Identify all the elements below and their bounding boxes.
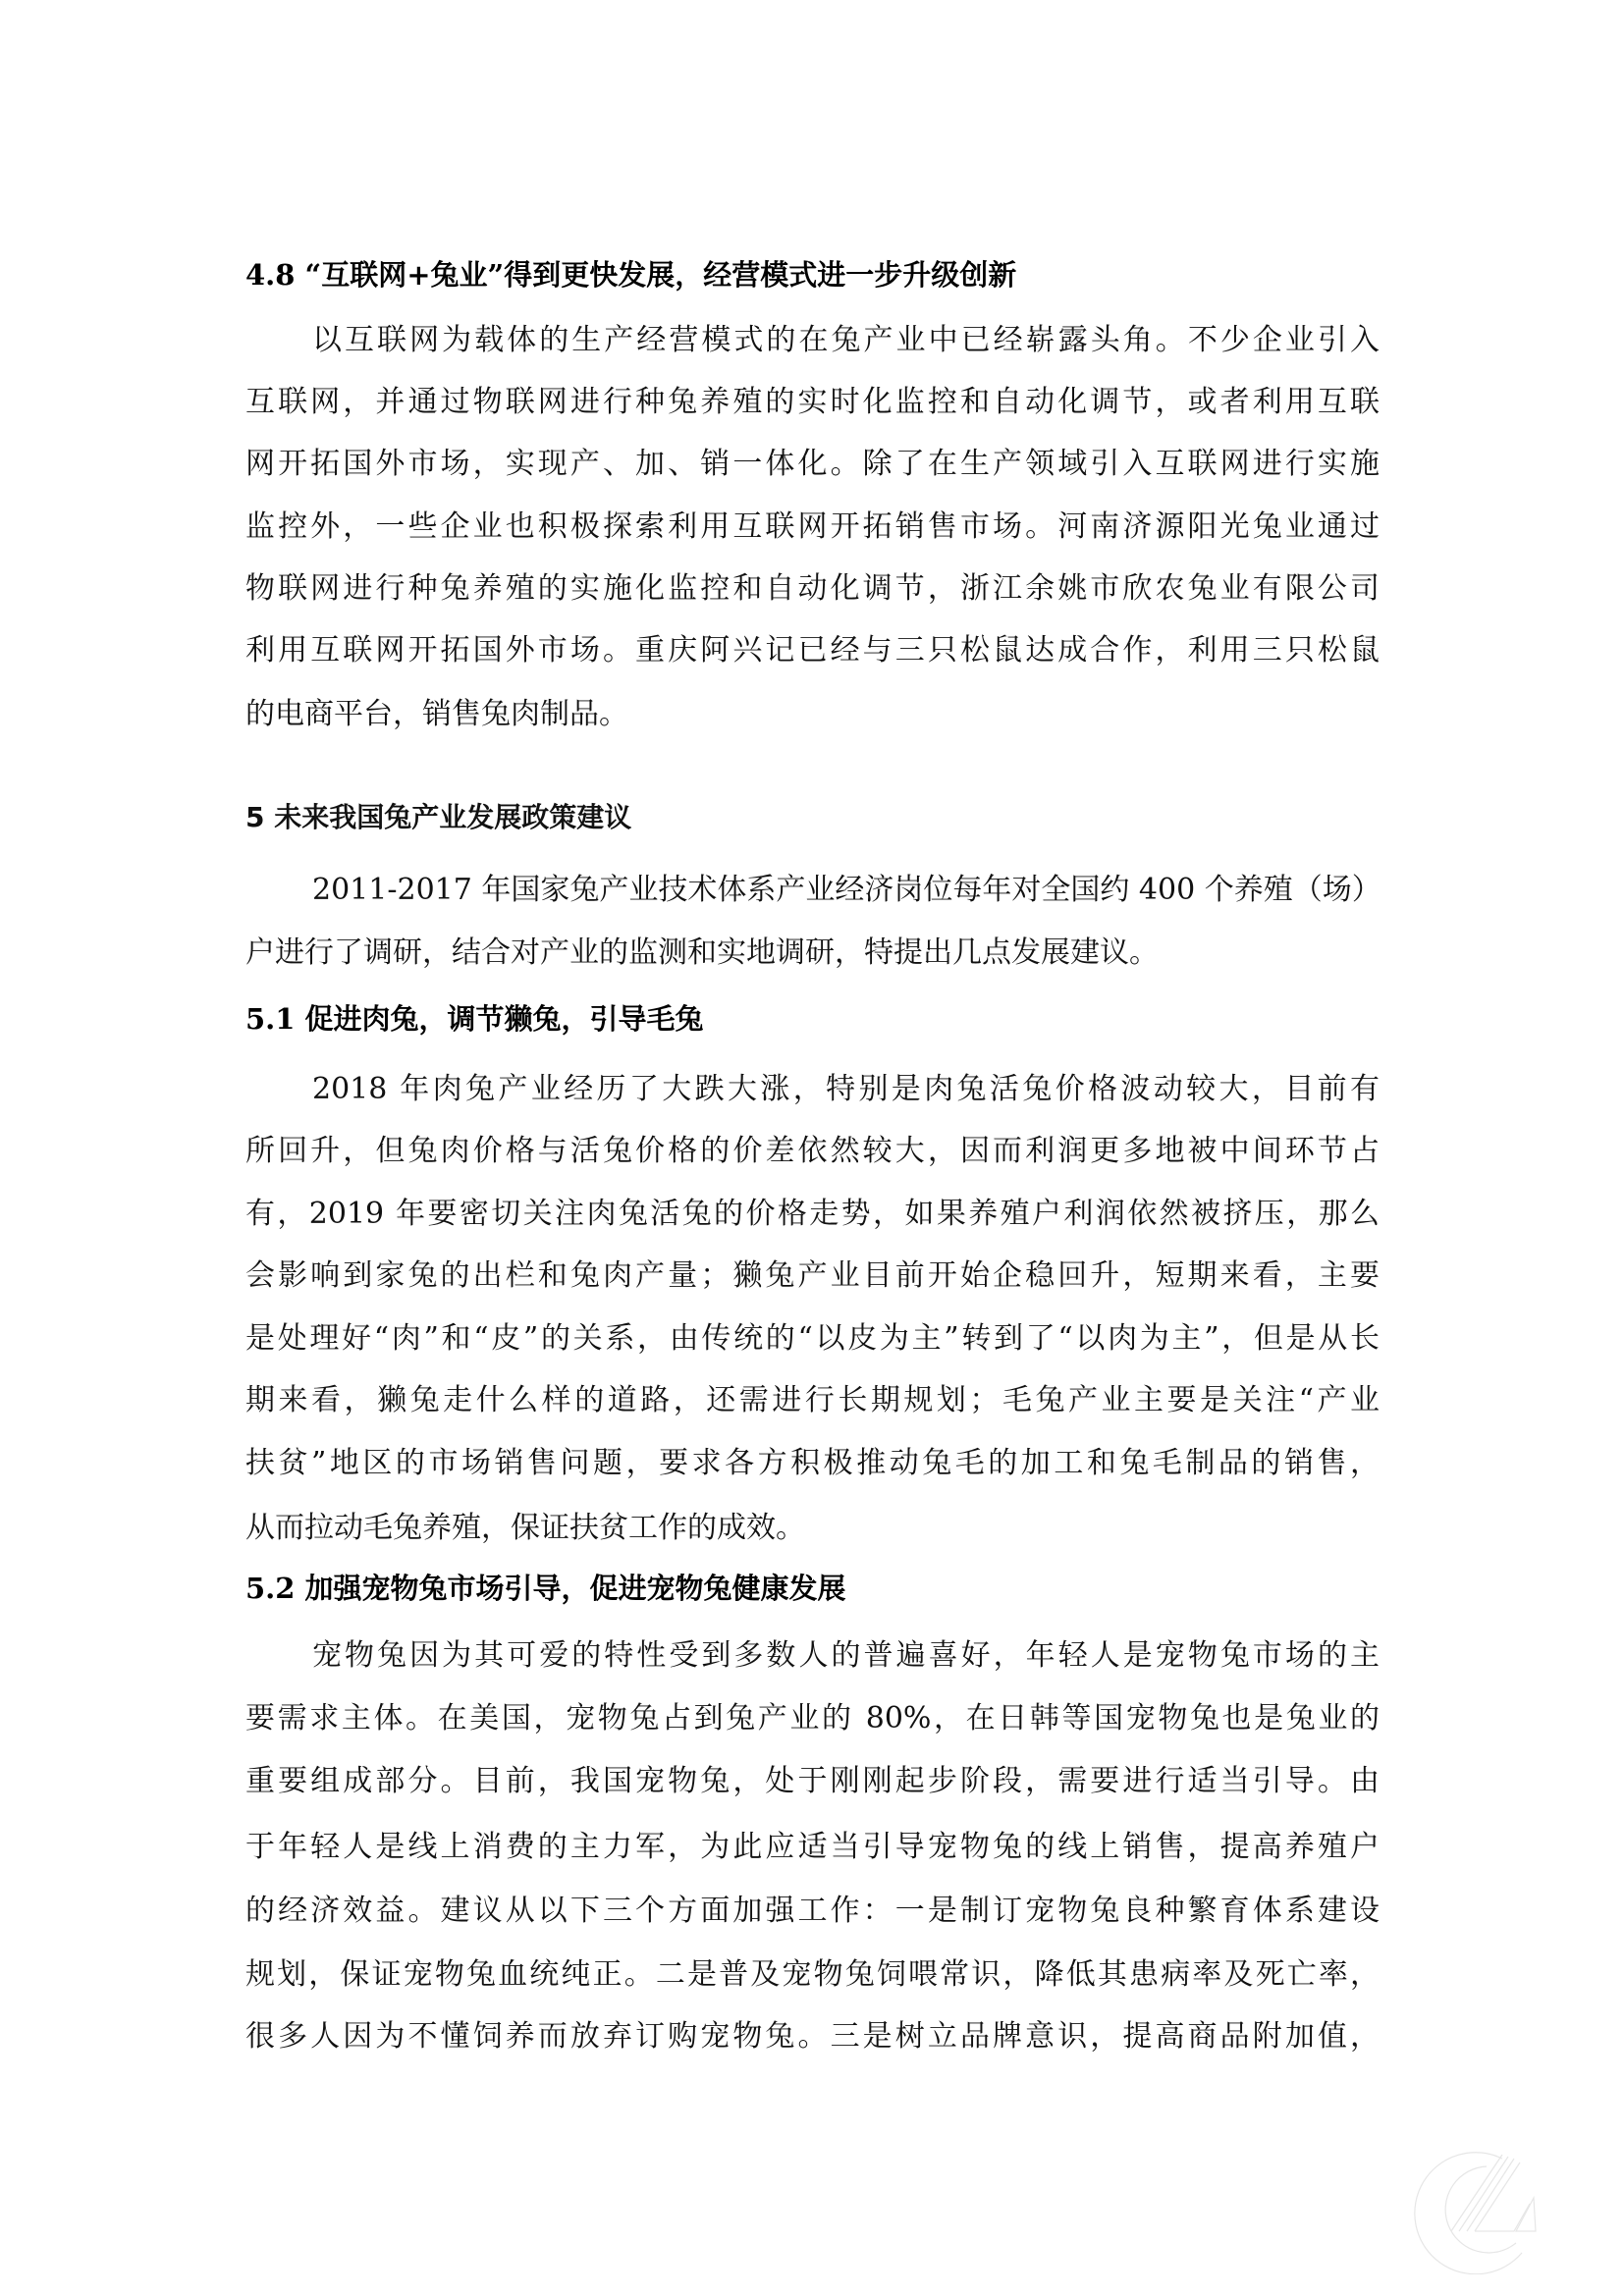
paragraph-line: 重要组成部分。目前，我国宠物兔，处于刚刚起步阶段，需要进行适当引导。由 xyxy=(245,1762,1380,1801)
paragraph-line: 2011-2017 年国家兔产业技术体系产业经济岗位每年对全国约 400 个养殖… xyxy=(312,871,1380,910)
paragraph-line: 很多人因为不懂饲养而放弃订购宠物兔。三是树立品牌意识，提高商品附加值， xyxy=(245,2017,1380,2056)
paragraph-line: 会影响到家兔的出栏和兔肉产量；獭兔产业目前开始企稳回升，短期来看，主要 xyxy=(245,1256,1380,1296)
paragraph-line: 有，2019 年要密切关注肉兔活兔的价格走势，如果养殖户利润依然被挤压，那么 xyxy=(245,1195,1380,1234)
cla-logo-icon xyxy=(1412,2145,1542,2274)
paragraph-line: 期来看，獭兔走什么样的道路，还需进行长期规划；毛兔产业主要是关注“产业 xyxy=(245,1381,1380,1420)
paragraph-line: 规划，保证宠物兔血统纯正。二是普及宠物兔饲喂常识，降低其患病率及死亡率， xyxy=(245,1955,1380,1995)
paragraph-line: 户进行了调研，结合对产业的监测和实地调研，特提出几点发展建议。 xyxy=(245,934,1380,973)
section-heading-5: 5 未来我国兔产业发展政策建议 xyxy=(245,798,631,837)
paragraph-line: 要需求主体。在美国，宠物兔占到兔产业的 80%，在日韩等国宠物兔也是兔业的 xyxy=(245,1699,1380,1738)
paragraph-line: 宠物兔因为其可爱的特性受到多数人的普遍喜好，年轻人是宠物兔市场的主 xyxy=(312,1636,1380,1676)
paragraph-line: 网开拓国外市场，实现产、加、销一体化。除了在生产领域引入互联网进行实施 xyxy=(245,445,1380,484)
paragraph-line: 从而拉动毛兔养殖，保证扶贫工作的成效。 xyxy=(245,1509,1380,1548)
paragraph-line: 物联网进行种兔养殖的实施化监控和自动化调节，浙江余姚市欣农兔业有限公司 xyxy=(245,569,1380,609)
section-heading-5-2: 5.2 加强宠物兔市场引导，促进宠物兔健康发展 xyxy=(245,1569,846,1608)
paragraph-line: 于年轻人是线上消费的主力军，为此应适当引导宠物兔的线上销售，提高养殖户 xyxy=(245,1828,1380,1867)
paragraph-line: 所回升，但兔肉价格与活兔价格的价差依然较大，因而利润更多地被中间环节占 xyxy=(245,1132,1380,1171)
paragraph-line: 的经济效益。建议从以下三个方面加强工作：一是制订宠物兔良种繁育体系建设 xyxy=(245,1892,1380,1931)
paragraph-line: 的电商平台，销售兔肉制品。 xyxy=(245,695,1380,734)
paragraph-line: 监控外，一些企业也积极探索利用互联网开拓销售市场。河南济源阳光兔业通过 xyxy=(245,507,1380,547)
paragraph-line: 利用互联网开拓国外市场。重庆阿兴记已经与三只松鼠达成合作，利用三只松鼠 xyxy=(245,631,1380,670)
paragraph-line: 扶贫”地区的市场销售问题，要求各方积极推动兔毛的加工和兔毛制品的销售， xyxy=(245,1444,1380,1483)
section-heading-5-1: 5.1 促进肉兔，调节獭兔，引导毛兔 xyxy=(245,999,704,1039)
paragraph-line: 互联网，并通过物联网进行种兔养殖的实时化监控和自动化调节，或者利用互联 xyxy=(245,383,1380,422)
paragraph-line: 2018 年肉兔产业经历了大跌大涨，特别是肉兔活兔价格波动较大，目前有 xyxy=(312,1070,1380,1109)
paragraph-line: 以互联网为载体的生产经营模式的在兔产业中已经崭露头角。不少企业引入 xyxy=(312,321,1380,360)
section-heading-4-8: 4.8 “互联网+兔业”得到更快发展，经营模式进一步升级创新 xyxy=(245,255,1016,294)
paragraph-line: 是处理好“肉”和“皮”的关系，由传统的“以皮为主”转到了“以肉为主”，但是从长 xyxy=(245,1319,1380,1359)
document-page: 4.8 “互联网+兔业”得到更快发展，经营模式进一步升级创新 以互联网为载体的生… xyxy=(0,0,1624,2296)
